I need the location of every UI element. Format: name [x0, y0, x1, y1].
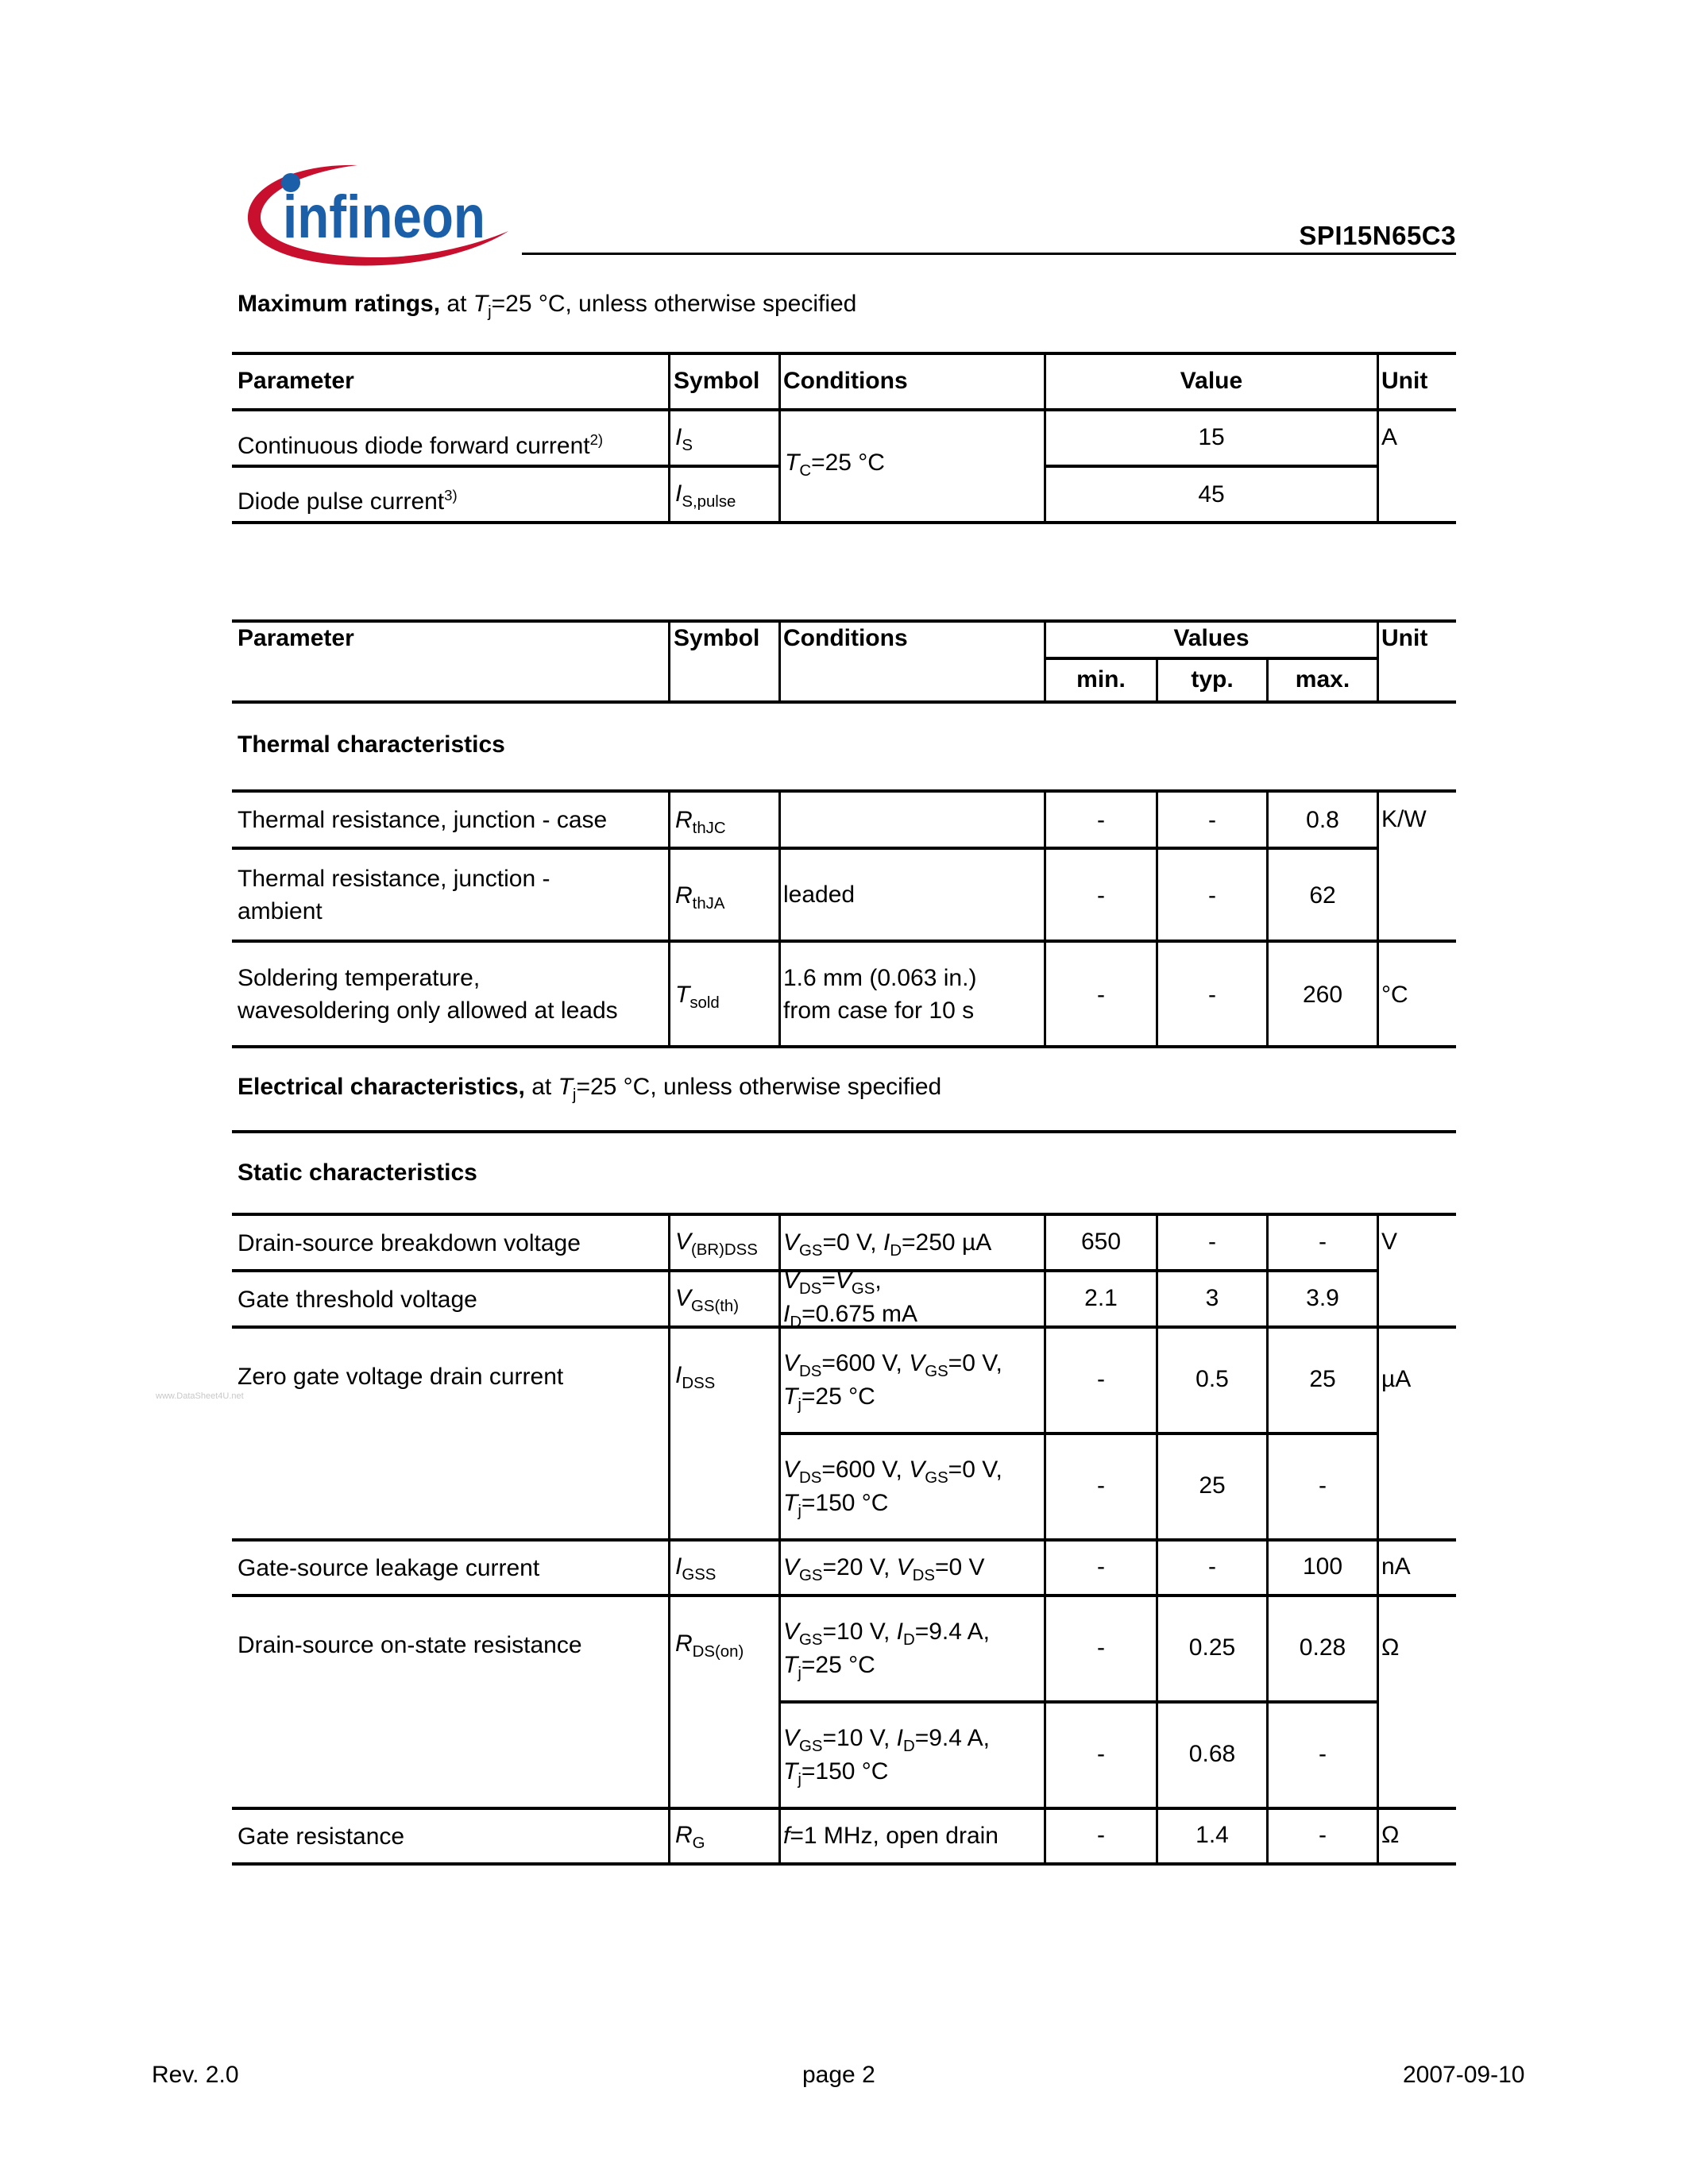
row-value: 45	[1046, 478, 1377, 511]
row-parameter: wavesoldering only allowed at leads	[238, 994, 618, 1027]
row-typ: -	[1158, 978, 1266, 1011]
row-typ: -	[1158, 1225, 1266, 1258]
col-header-unit: Unit	[1381, 622, 1427, 654]
row-min: -	[1046, 1738, 1156, 1770]
row-unit: V	[1381, 1225, 1397, 1258]
row-min: -	[1046, 1469, 1156, 1502]
row-parameter: Drain-source on-state resistance	[238, 1629, 582, 1661]
static-section-title: Static characteristics	[238, 1156, 477, 1189]
row-unit: A	[1381, 421, 1397, 453]
row-typ: -	[1158, 1550, 1266, 1583]
row-condition: Tj=150 °C	[783, 1487, 888, 1528]
row-typ: 1.4	[1158, 1819, 1266, 1851]
row-max: 62	[1269, 879, 1377, 912]
col-header-parameter: Parameter	[238, 622, 354, 654]
row-min: -	[1046, 804, 1156, 836]
row-min: 2.1	[1046, 1282, 1156, 1314]
row-min: -	[1046, 1631, 1156, 1664]
row-parameter: Soldering temperature,	[238, 962, 480, 994]
electrical-rule	[232, 1130, 1456, 1133]
row-parameter: Drain-source breakdown voltage	[238, 1227, 581, 1260]
row-min: -	[1046, 1550, 1156, 1583]
row-condition: Tj=25 °C	[783, 1380, 875, 1422]
col-header-symbol: Symbol	[674, 365, 759, 397]
row-min: -	[1046, 879, 1156, 912]
col-header-min: min.	[1046, 663, 1156, 696]
footer-revision: Rev. 2.0	[152, 2062, 239, 2089]
row-symbol: RG	[675, 1819, 705, 1860]
row-symbol: RthJA	[675, 879, 724, 920]
col-header-parameter: Parameter	[238, 365, 354, 397]
row-symbol: RDS(on)	[675, 1627, 744, 1669]
header-rule	[522, 253, 1456, 255]
row-max: 0.28	[1269, 1631, 1377, 1664]
electrical-title: Electrical characteristics, at Tj=25 °C,…	[238, 1074, 941, 1105]
row-condition: leaded	[783, 878, 855, 911]
row-condition: ID=0.675 mA	[783, 1298, 917, 1339]
row-parameter: Thermal resistance, junction -	[238, 862, 550, 895]
row-parameter: Continuous diode forward current2)	[238, 423, 603, 462]
row-symbol: IS,pulse	[675, 477, 736, 519]
col-header-conditions: Conditions	[783, 365, 908, 397]
row-condition: Tj=25 °C	[783, 1649, 875, 1690]
row-unit: Ω	[1381, 1819, 1399, 1851]
infineon-logo: infineon	[238, 156, 516, 271]
row-unit: °C	[1381, 978, 1408, 1011]
row-typ: 0.25	[1158, 1631, 1266, 1664]
row-min: 650	[1046, 1225, 1156, 1258]
col-header-typ: typ.	[1158, 663, 1266, 696]
row-max: -	[1269, 1738, 1377, 1770]
row-parameter: Thermal resistance, junction - case	[238, 804, 607, 836]
row-parameter: Gate threshold voltage	[238, 1283, 477, 1316]
col-header-unit: Unit	[1381, 365, 1427, 397]
col-header-max: max.	[1269, 663, 1377, 696]
row-max: 25	[1269, 1363, 1377, 1395]
row-max: 260	[1269, 978, 1377, 1011]
row-max: -	[1269, 1225, 1377, 1258]
row-symbol: IS	[675, 421, 693, 462]
footer-page: page 2	[802, 2062, 875, 2089]
row-max: 100	[1269, 1550, 1377, 1583]
col-header-symbol: Symbol	[674, 622, 759, 654]
row-symbol: IGSS	[675, 1550, 716, 1592]
max-ratings-title: Maximum ratings, at Tj=25 °C, unless oth…	[238, 291, 856, 322]
row-max: 3.9	[1269, 1282, 1377, 1314]
row-parameter: Zero gate voltage drain current	[238, 1360, 563, 1393]
row-unit: K/W	[1381, 803, 1427, 835]
row-condition: Tj=150 °C	[783, 1755, 888, 1796]
row-min: -	[1046, 1363, 1156, 1395]
row-symbol: V(BR)DSS	[675, 1225, 758, 1267]
col-header-conditions: Conditions	[783, 622, 908, 654]
row-unit: nA	[1381, 1550, 1411, 1583]
row-unit: Ω	[1381, 1631, 1399, 1664]
row-max: 0.8	[1269, 804, 1377, 836]
shared-condition: TC=25 °C	[785, 446, 885, 488]
thermal-section-title: Thermal characteristics	[238, 728, 505, 761]
row-min: -	[1046, 978, 1156, 1011]
row-condition: f=1 MHz, open drain	[783, 1819, 999, 1852]
row-symbol: RthJC	[675, 804, 726, 845]
row-min: -	[1046, 1819, 1156, 1851]
row-symbol: IDSS	[675, 1359, 715, 1400]
row-symbol: Tsold	[675, 978, 720, 1020]
col-header-values: Values	[1046, 622, 1377, 654]
row-typ: 0.5	[1158, 1363, 1266, 1395]
row-typ: 0.68	[1158, 1738, 1266, 1770]
row-condition: 1.6 mm (0.063 in.)	[783, 962, 976, 994]
footer-date: 2007-09-10	[1403, 2062, 1524, 2089]
row-condition: VGS=0 V, ID=250 µA	[783, 1226, 991, 1268]
watermark: www.DataSheet4U.net	[156, 1391, 244, 1401]
row-typ: 25	[1158, 1469, 1266, 1502]
row-parameter: Gate resistance	[238, 1820, 404, 1853]
row-typ: -	[1158, 804, 1266, 836]
row-parameter: ambient	[238, 895, 323, 928]
row-parameter: Gate-source leakage current	[238, 1552, 539, 1584]
row-condition: VGS=20 V, VDS=0 V	[783, 1551, 985, 1592]
svg-text:infineon: infineon	[283, 183, 485, 251]
col-header-value: Value	[1046, 365, 1377, 397]
row-value: 15	[1046, 421, 1377, 453]
row-typ: 3	[1158, 1282, 1266, 1314]
row-max: -	[1269, 1469, 1377, 1502]
row-symbol: VGS(th)	[675, 1282, 739, 1323]
row-parameter: Diode pulse current3)	[238, 479, 458, 518]
row-typ: -	[1158, 879, 1266, 912]
row-max: -	[1269, 1819, 1377, 1851]
part-number: SPI15N65C3	[1299, 221, 1456, 251]
row-unit: µA	[1381, 1363, 1411, 1395]
row-condition: from case for 10 s	[783, 994, 974, 1027]
